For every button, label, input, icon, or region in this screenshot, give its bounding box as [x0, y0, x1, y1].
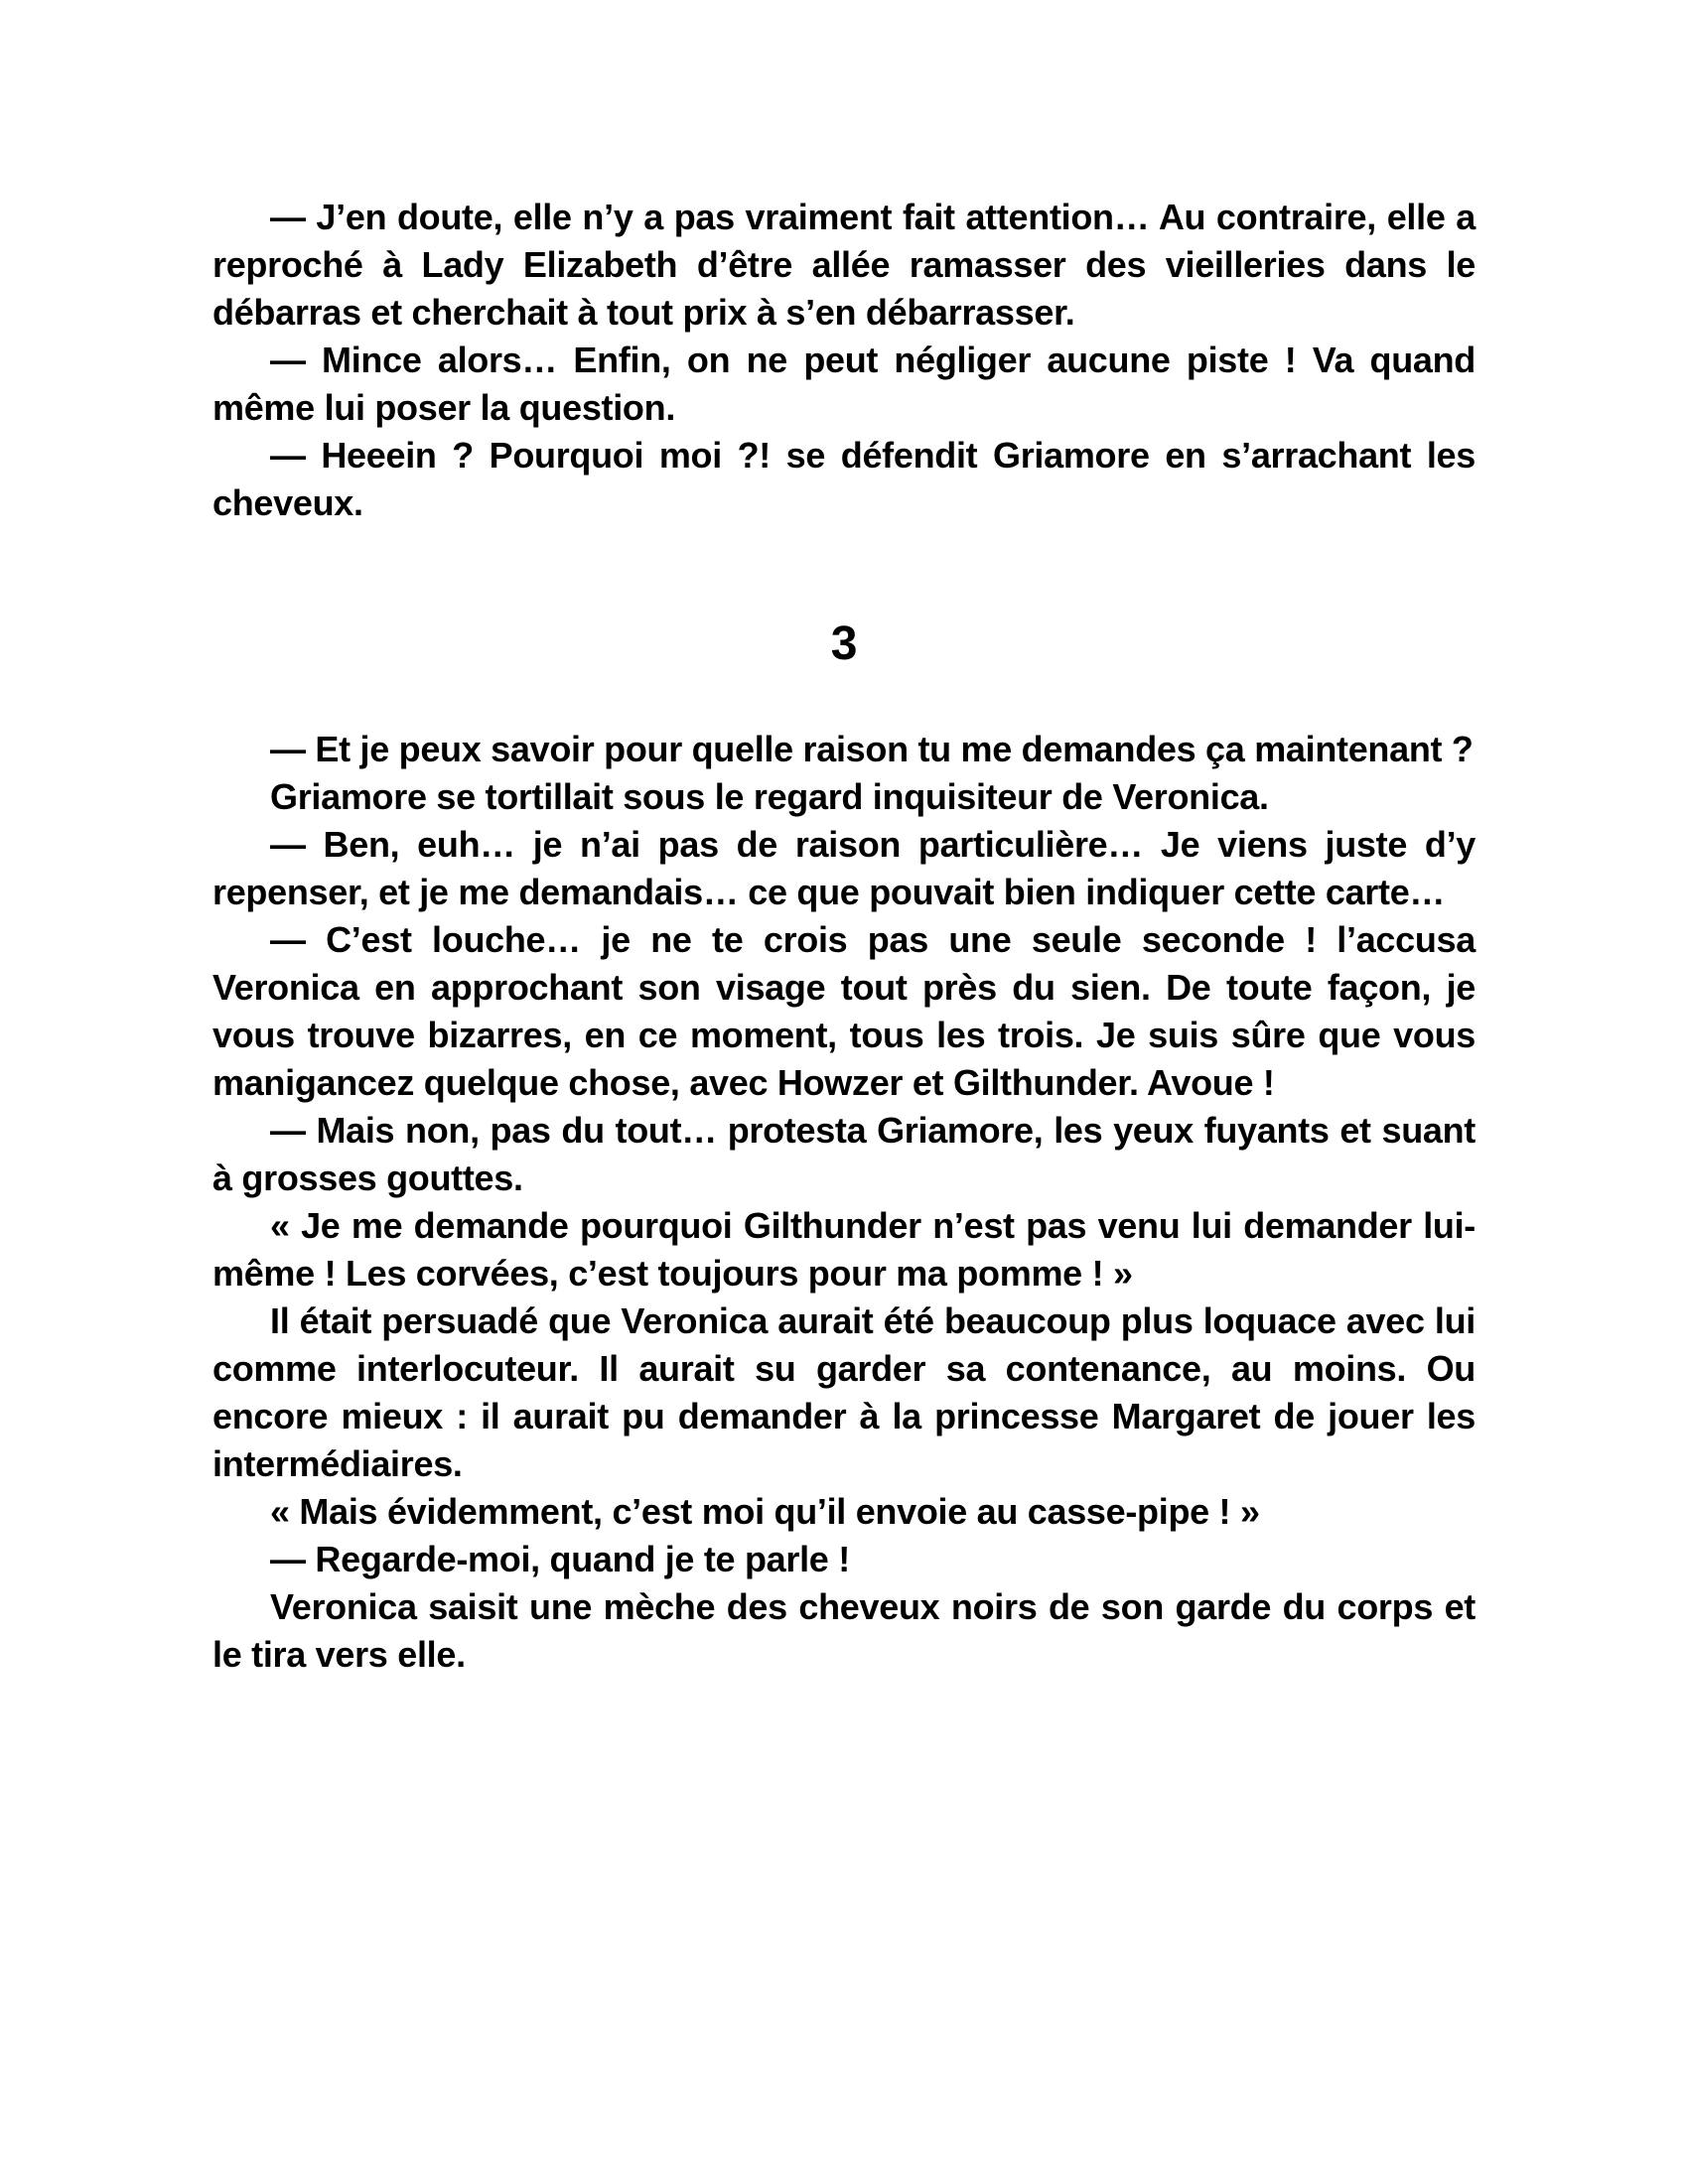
- paragraph-3: — Heeein ? Pourquoi moi ?! se défendit G…: [212, 432, 1476, 527]
- chapter-number-heading: 3: [212, 620, 1476, 668]
- paragraph-5: Griamore se tortillait sous le regard in…: [212, 773, 1476, 821]
- paragraph-9: « Je me demande pourquoi Gilthunder n’es…: [212, 1202, 1476, 1297]
- paragraph-6: — Ben, euh… je n’ai pas de raison partic…: [212, 821, 1476, 916]
- paragraph-8: — Mais non, pas du tout… protesta Griamo…: [212, 1107, 1476, 1202]
- paragraph-7: — C’est louche… je ne te crois pas une s…: [212, 916, 1476, 1107]
- paragraph-10: Il était persuadé que Veronica aurait ét…: [212, 1297, 1476, 1488]
- paragraph-4: — Et je peux savoir pour quelle raison t…: [212, 726, 1476, 773]
- paragraph-13: Veronica saisit une mèche des cheveux no…: [212, 1583, 1476, 1679]
- book-page: — J’en doute, elle n’y a pas vraiment fa…: [0, 0, 1688, 2184]
- paragraph-12: — Regarde-moi, quand je te parle !: [212, 1536, 1476, 1583]
- paragraph-1: — J’en doute, elle n’y a pas vraiment fa…: [212, 194, 1476, 337]
- paragraph-2: — Mince alors… Enfin, on ne peut néglige…: [212, 337, 1476, 432]
- paragraph-11: « Mais évidemment, c’est moi qu’il envoi…: [212, 1488, 1476, 1536]
